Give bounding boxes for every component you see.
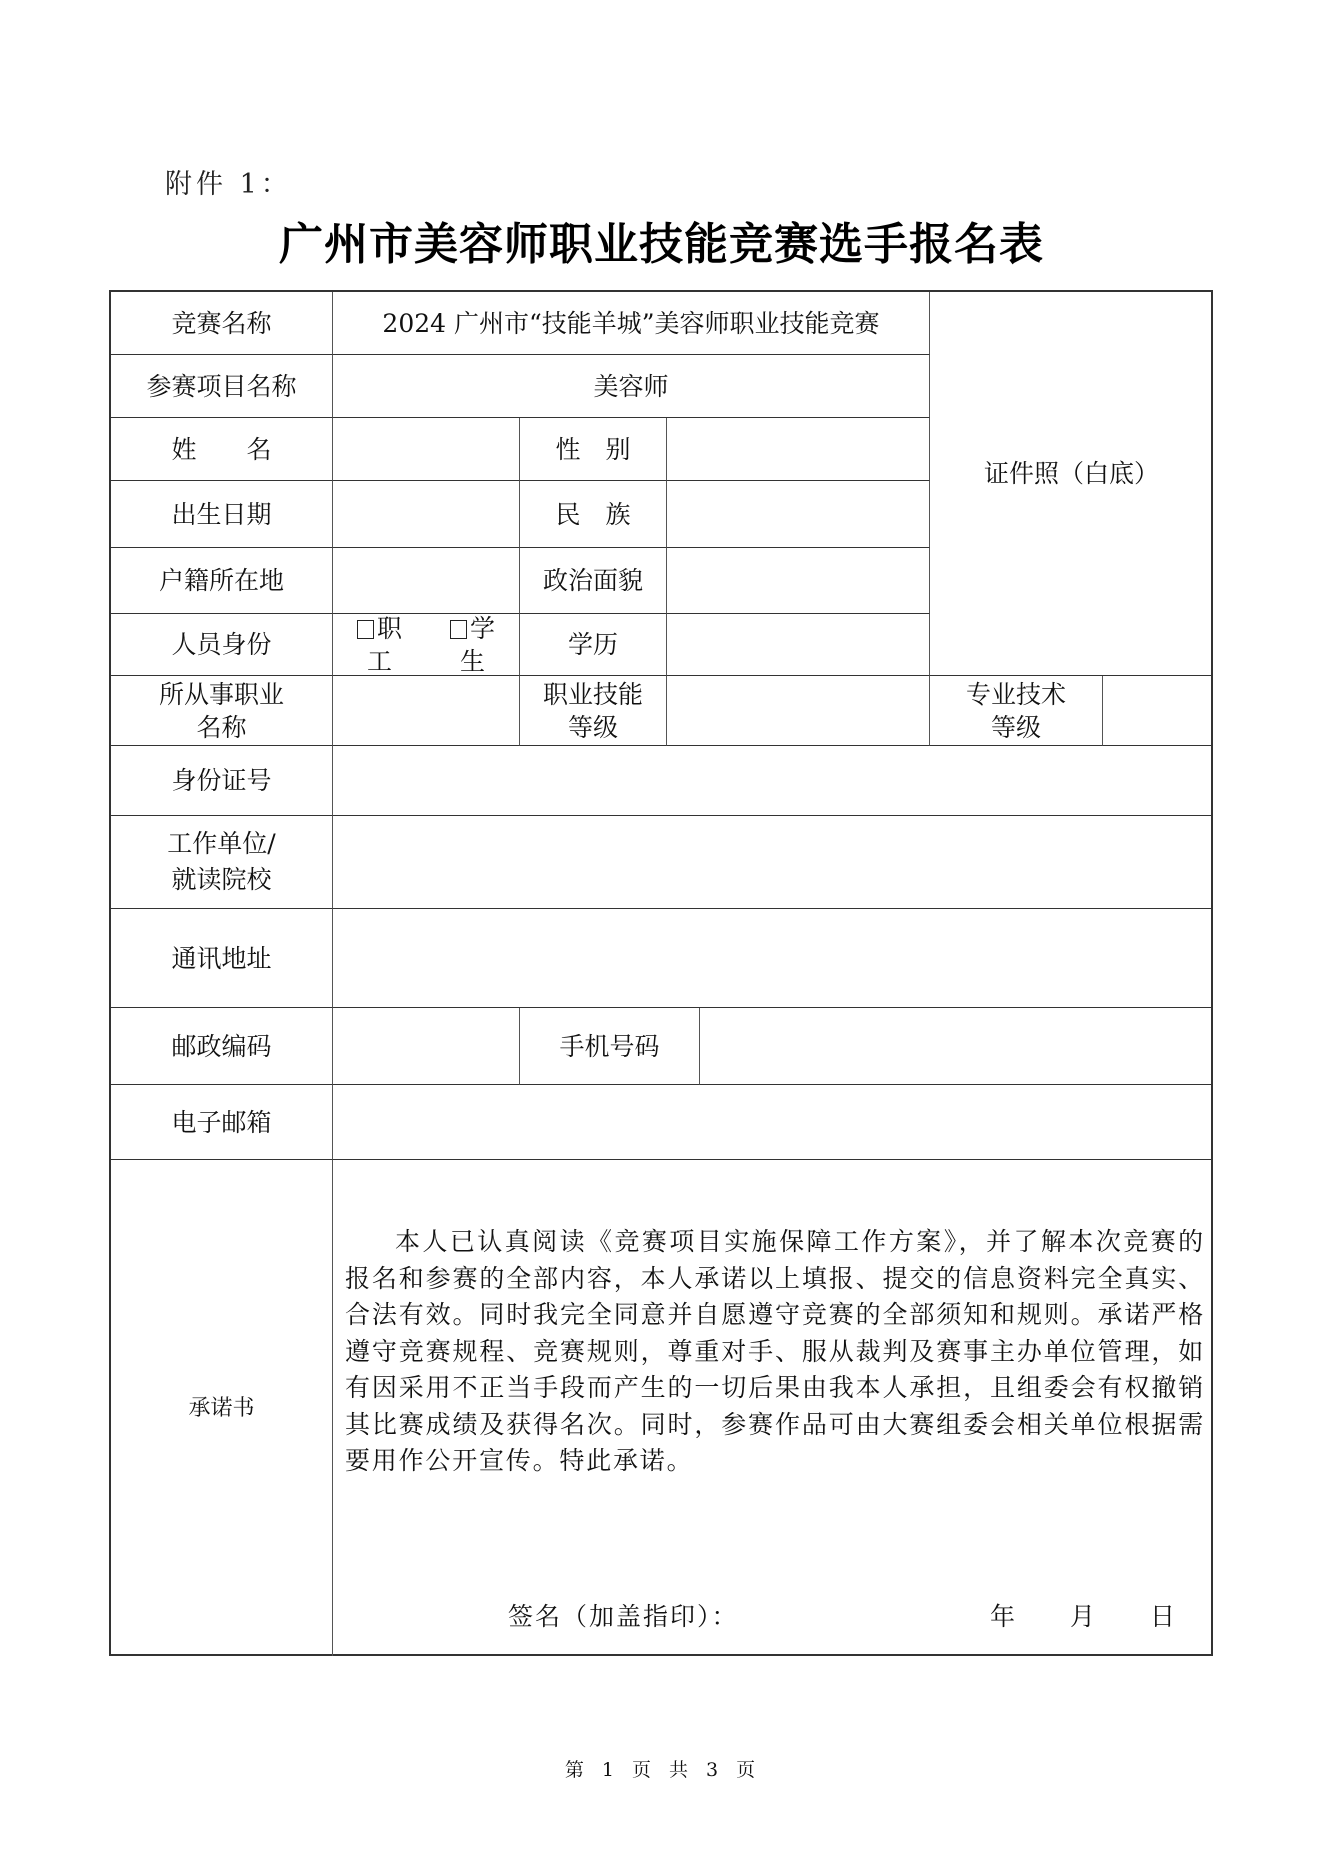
workplace-input-cell[interactable] [333, 816, 1213, 909]
page-footer: 第 1 页 共 3 页 [0, 1755, 1323, 1782]
birth-date-label-cell: 出生日期 [111, 481, 333, 548]
project-name-label: 参赛项目名称 [146, 370, 296, 403]
workplace-label-cell: 工作单位/ 就读院校 [111, 816, 333, 909]
household-input-cell[interactable] [333, 548, 520, 614]
ethnicity-label-cell: 民 族 [520, 481, 667, 548]
name-input-cell[interactable] [333, 418, 520, 481]
ethnicity-label: 民 族 [555, 498, 630, 531]
skill-level-input-cell[interactable] [667, 676, 930, 746]
competition-name-value: 2024 广州市“技能羊城”美容师职业技能竞赛 [382, 307, 879, 340]
identity-option-worker[interactable]: 职工 [345, 612, 414, 678]
address-label-cell: 通讯地址 [111, 909, 333, 1008]
id-number-label: 身份证号 [171, 764, 271, 797]
identity-label: 人员身份 [171, 628, 271, 661]
postcode-input-cell[interactable] [333, 1008, 520, 1085]
pledge-label: 承诺书 [188, 1392, 254, 1425]
phone-label-cell: 手机号码 [520, 1008, 700, 1085]
project-name-value-cell[interactable]: 美容师 [333, 355, 930, 418]
id-number-label-cell: 身份证号 [111, 746, 333, 816]
political-label: 政治面貌 [543, 564, 643, 597]
political-label-cell: 政治面貌 [520, 548, 667, 614]
photo-label: 证件照（白底） [984, 457, 1159, 490]
pledge-text-block: 本人已认真阅读《竞赛项目实施保障工作方案》，并了解本次竞赛的报名和参赛的全部内容… [345, 1224, 1205, 1480]
competition-name-label-cell: 竞赛名称 [111, 292, 333, 355]
id-number-input-cell[interactable] [333, 746, 1213, 816]
education-label-cell: 学历 [520, 614, 667, 676]
skill-level-label: 职业技能 等级 [543, 678, 643, 744]
phone-label: 手机号码 [559, 1030, 659, 1063]
project-name-value: 美容师 [593, 370, 668, 403]
competition-name-label: 竞赛名称 [171, 307, 271, 340]
identity-label-cell: 人员身份 [111, 614, 333, 676]
photo-cell[interactable]: 证件照（白底） [930, 292, 1213, 676]
gender-label: 性 别 [555, 433, 630, 466]
worker-checkbox[interactable] [357, 620, 374, 639]
gender-input-cell[interactable] [667, 418, 930, 481]
identity-option-student[interactable]: 学生 [438, 612, 507, 678]
email-label: 电子邮箱 [171, 1106, 271, 1139]
workplace-label: 工作单位/ 就读院校 [167, 826, 275, 898]
page-title: 广州市美容师职业技能竞赛选手报名表 [0, 208, 1323, 272]
email-input-cell[interactable] [333, 1085, 1213, 1160]
date-day-label: 日 [1150, 1597, 1175, 1633]
signature-label: 签名（加盖指印）： [508, 1597, 739, 1633]
household-label: 户籍所在地 [159, 564, 284, 597]
address-input-cell[interactable] [333, 909, 1213, 1008]
birth-date-label: 出生日期 [171, 498, 271, 531]
postcode-label-cell: 邮政编码 [111, 1008, 333, 1085]
tech-level-label-cell: 专业技术 等级 [930, 676, 1103, 746]
birth-date-input-cell[interactable] [333, 481, 520, 548]
education-input-cell[interactable] [667, 614, 930, 676]
household-label-cell: 户籍所在地 [111, 548, 333, 614]
project-name-label-cell: 参赛项目名称 [111, 355, 333, 418]
tech-level-input-cell[interactable] [1103, 676, 1213, 746]
competition-name-value-cell[interactable]: 2024 广州市“技能羊城”美容师职业技能竞赛 [333, 292, 930, 355]
date-year-label: 年 [990, 1597, 1015, 1633]
occupation-label: 所从事职业 名称 [159, 678, 284, 744]
identity-options-cell: 职工 学生 [333, 614, 520, 676]
pledge-label-cell: 承诺书 [111, 1160, 333, 1656]
address-label: 通讯地址 [171, 942, 271, 975]
ethnicity-input-cell[interactable] [667, 481, 930, 548]
student-checkbox[interactable] [450, 620, 467, 639]
tech-level-label: 专业技术 等级 [966, 678, 1066, 744]
name-label-cell: 姓 名 [111, 418, 333, 481]
occupation-label-cell: 所从事职业 名称 [111, 676, 333, 746]
date-month-label: 月 [1070, 1597, 1095, 1633]
name-label: 姓 名 [171, 433, 271, 466]
education-label: 学历 [568, 628, 618, 661]
pledge-text: 本人已认真阅读《竞赛项目实施保障工作方案》，并了解本次竞赛的报名和参赛的全部内容… [345, 1224, 1205, 1480]
political-input-cell[interactable] [667, 548, 930, 614]
postcode-label: 邮政编码 [171, 1030, 271, 1063]
occupation-input-cell[interactable] [333, 676, 520, 746]
phone-input-cell[interactable] [700, 1008, 1213, 1085]
email-label-cell: 电子邮箱 [111, 1085, 333, 1160]
gender-label-cell: 性 别 [520, 418, 667, 481]
skill-level-label-cell: 职业技能 等级 [520, 676, 667, 746]
attachment-label: 附件 1： [165, 162, 292, 201]
